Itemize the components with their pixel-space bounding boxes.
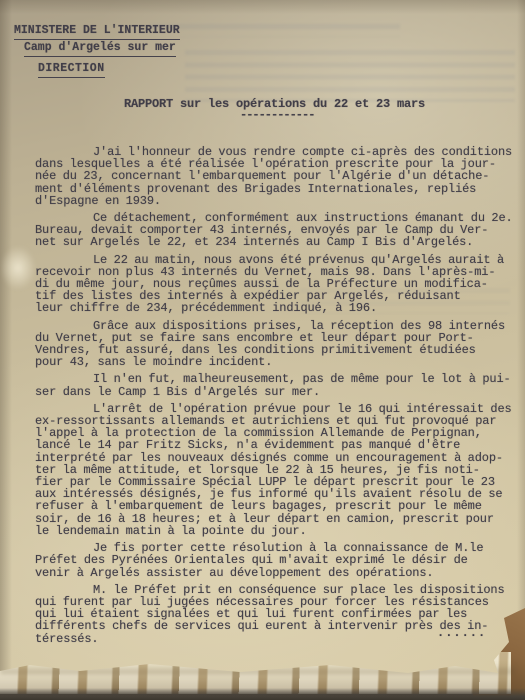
paragraph: Le 22 au matin, nous avons été prévenus … — [35, 254, 519, 315]
scanned-document-photo: MINISTERE DE L'INTERIEUR Camp d'Argelés … — [0, 0, 525, 700]
title-underline-dashes: ------------ — [240, 108, 314, 122]
paragraph: Ce détachement, conformément aux instruc… — [35, 212, 519, 249]
paragraph: Je fis porter cette résolution à la conn… — [35, 542, 519, 579]
ink-bleed-through — [150, 24, 400, 37]
paragraph: J'ai l'honneur de vous rendre compte ci-… — [35, 146, 519, 207]
paragraph: Il n'en fut, malheureusement, pas de mêm… — [35, 373, 519, 397]
typewritten-sheet: MINISTERE DE L'INTERIEUR Camp d'Argelés … — [0, 0, 525, 700]
margin-smudge — [0, 246, 36, 290]
report-body: J'ai l'honneur de vous rendre compte ci-… — [35, 146, 519, 650]
letterhead-ministry: MINISTERE DE L'INTERIEUR — [14, 24, 180, 40]
letterhead-direction: DIRECTION — [38, 62, 180, 78]
letterhead: MINISTERE DE L'INTERIEUR Camp d'Argelés … — [14, 24, 180, 78]
end-mark-dots: ...... — [437, 626, 486, 640]
letterhead-camp: Camp d'Argelés sur mer — [24, 41, 180, 57]
bottom-shadow — [0, 688, 525, 700]
paragraph: Grâce aux dispositions prises, la récept… — [35, 320, 519, 369]
ink-bleed-through — [185, 50, 515, 102]
paragraph: L'arrêt de l'opération prévue pour le 16… — [35, 403, 519, 537]
